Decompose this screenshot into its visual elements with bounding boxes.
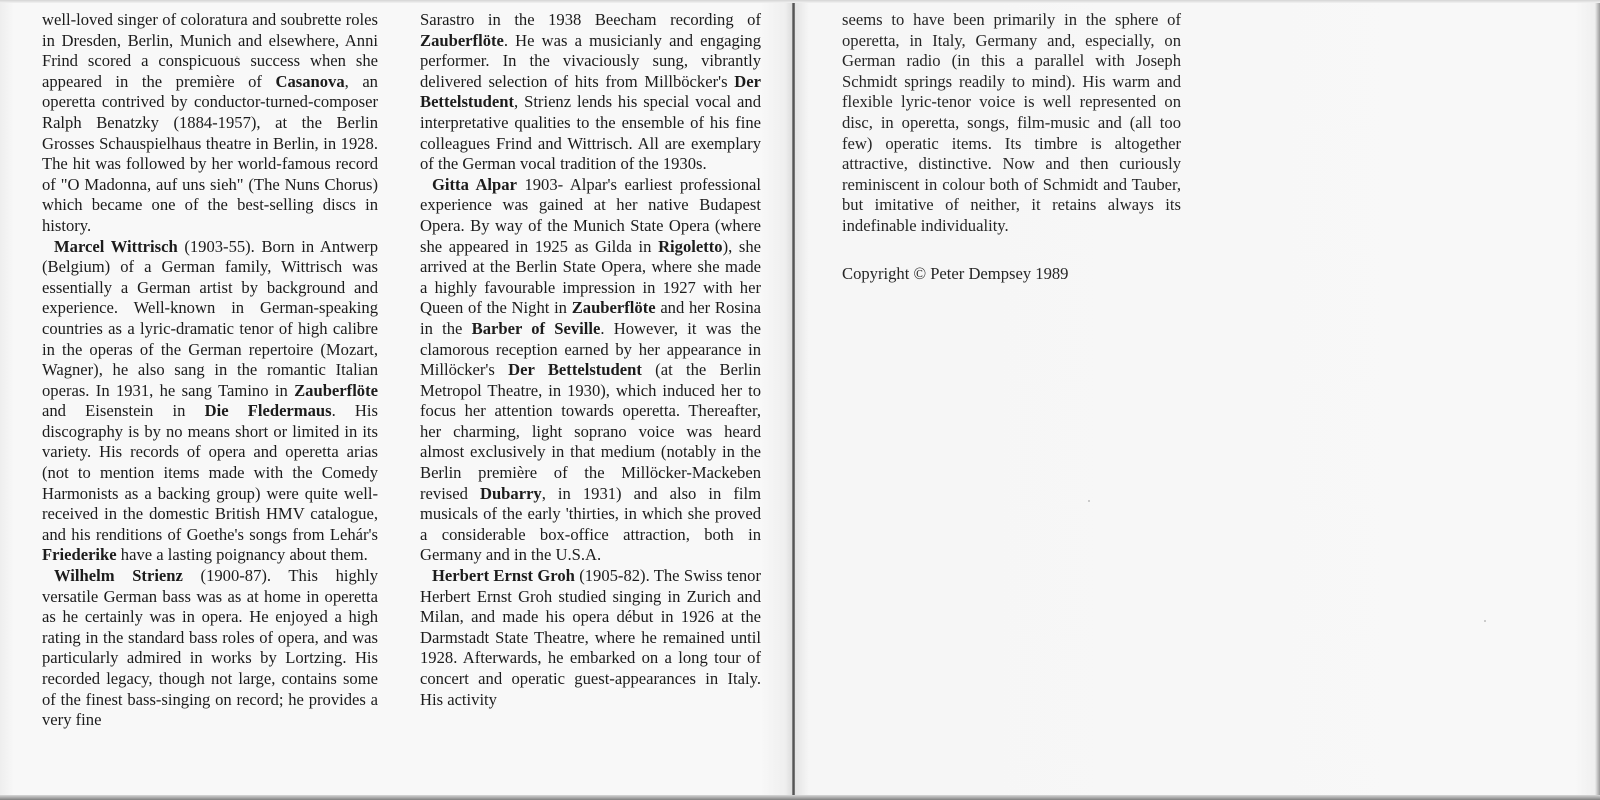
paper-speck bbox=[236, 56, 238, 58]
artist-name: Gitta Alpar bbox=[432, 175, 517, 194]
paragraph-herbert-ernst-groh-continued: seems to have been primarily in the sphe… bbox=[842, 10, 1181, 237]
work-title: Zauberflöte bbox=[572, 298, 656, 317]
paragraph-herbert-ernst-groh: Herbert Ernst Groh (1905-82). The Swiss … bbox=[420, 566, 761, 710]
work-title: Der Bettelstudent bbox=[508, 360, 642, 379]
copyright-notice: Copyright © Peter Dempsey 1989 bbox=[842, 264, 1068, 284]
work-title: Barber of Seville bbox=[472, 319, 601, 338]
center-fold bbox=[792, 0, 795, 800]
paragraph-gitta-alpar: Gitta Alpar 1903- Alpar's earliest profe… bbox=[420, 175, 761, 566]
work-title: Casanova bbox=[275, 72, 344, 91]
work-title: Zauberflöte bbox=[420, 31, 504, 50]
work-title: Rigoletto bbox=[658, 237, 723, 256]
paragraph-marcel-wittrisch: Marcel Wittrisch (1903-55). Born in Antw… bbox=[42, 237, 378, 567]
paper-speck bbox=[1088, 500, 1090, 502]
artist-name: Wilhelm Strienz bbox=[54, 566, 183, 585]
artist-name: Marcel Wittrisch bbox=[54, 237, 178, 256]
paragraph-anni-frind-continued: well-loved singer of coloratura and soub… bbox=[42, 10, 378, 237]
right-page-column: seems to have been primarily in the sphe… bbox=[842, 10, 1181, 237]
paper-speck bbox=[1484, 620, 1486, 622]
work-title: Die Fledermaus bbox=[205, 401, 332, 420]
paragraph-wilhelm-strienz-continued: Sarastro in the 1938 Beecham recording o… bbox=[420, 10, 761, 175]
bottom-edge bbox=[0, 795, 1600, 800]
left-page-column-1: well-loved singer of coloratura and soub… bbox=[42, 10, 378, 731]
work-title: Dubarry bbox=[480, 484, 542, 503]
artist-name: Herbert Ernst Groh bbox=[432, 566, 575, 585]
booklet-spread: well-loved singer of coloratura and soub… bbox=[0, 0, 1600, 800]
top-edge bbox=[0, 0, 1600, 3]
paragraph-wilhelm-strienz: Wilhelm Strienz (1900-87). This highly v… bbox=[42, 566, 378, 731]
left-page-column-2: Sarastro in the 1938 Beecham recording o… bbox=[420, 10, 761, 710]
work-title: Friederike bbox=[42, 545, 117, 564]
work-title: Zauberflöte bbox=[294, 381, 378, 400]
